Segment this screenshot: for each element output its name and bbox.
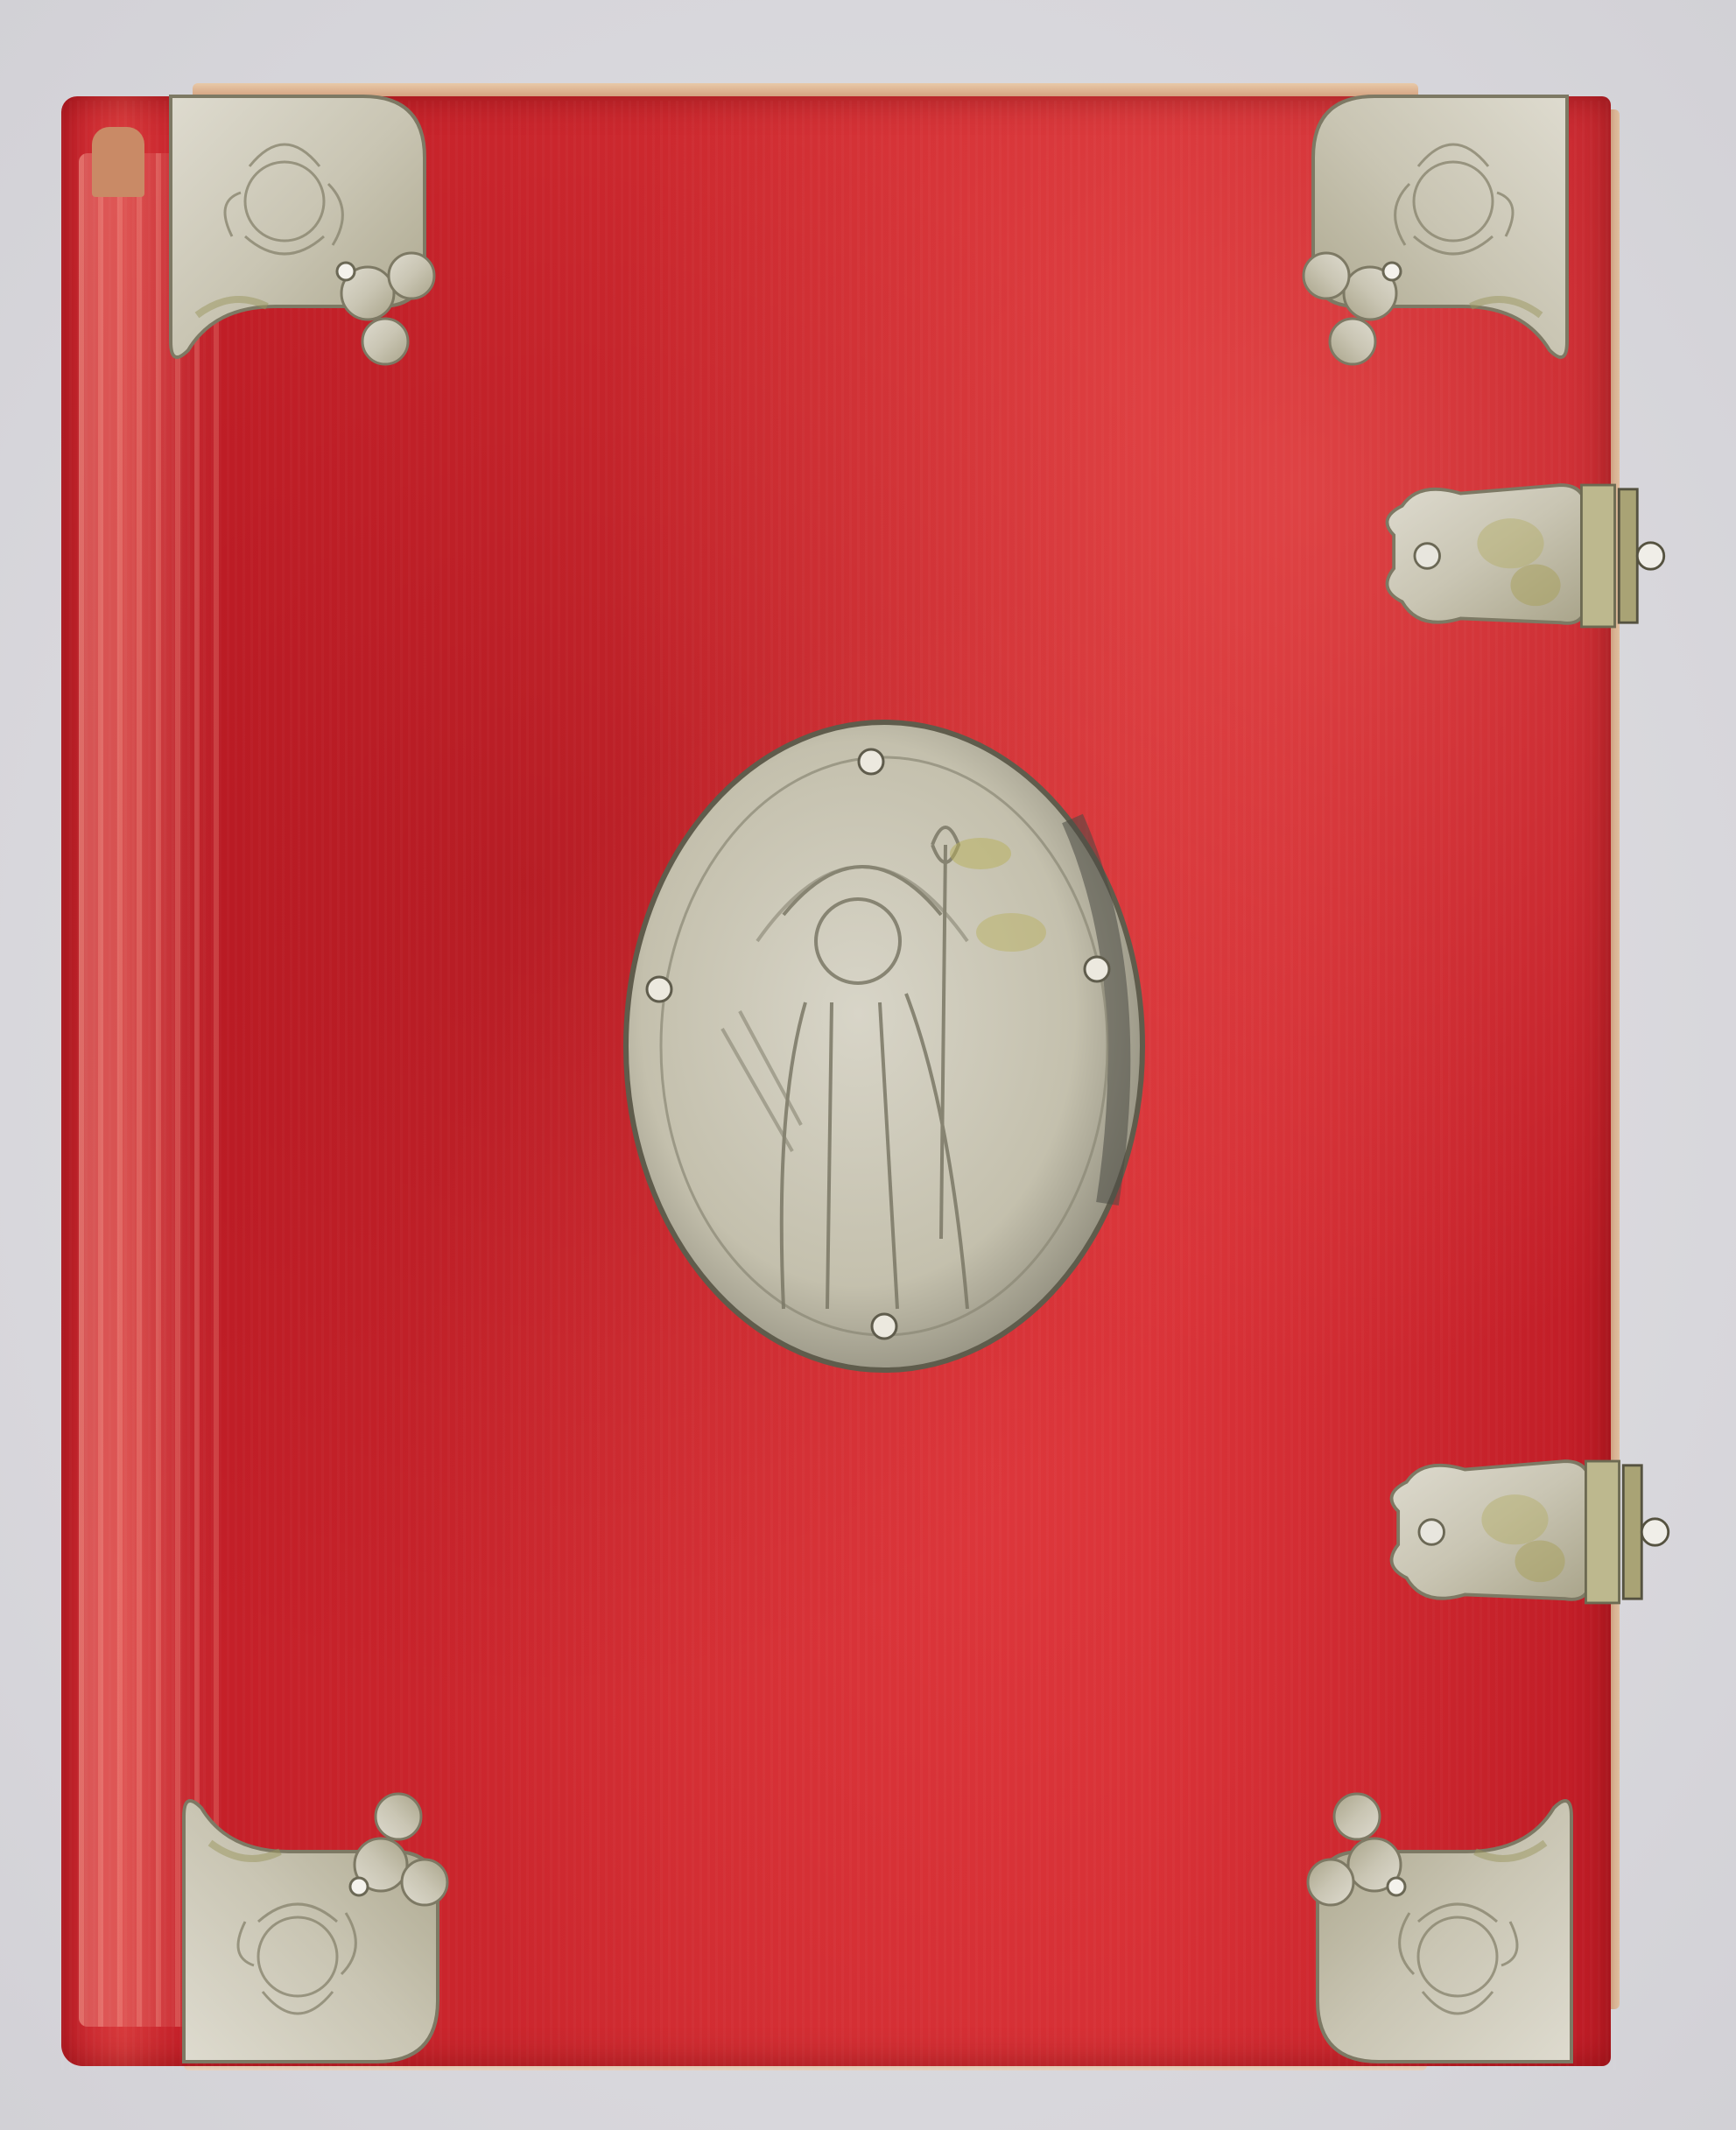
corner-fitting-top-left: [162, 88, 442, 385]
clasp-lower: [1370, 1445, 1676, 1620]
rivet-bottom: [872, 1314, 896, 1339]
spine-wear: [79, 153, 219, 2027]
central-medallion: [617, 714, 1151, 1379]
rivet-top: [859, 749, 883, 774]
rivet-right: [1085, 957, 1109, 981]
frayed-spine-top: [92, 127, 144, 197]
clasp-upper: [1366, 468, 1672, 643]
corner-fitting-bottom-left: [175, 1773, 455, 2070]
corner-fitting-bottom-right: [1300, 1773, 1580, 2070]
book: [61, 48, 1620, 2070]
rivet-left: [647, 977, 671, 1002]
corner-fitting-top-right: [1296, 88, 1576, 385]
